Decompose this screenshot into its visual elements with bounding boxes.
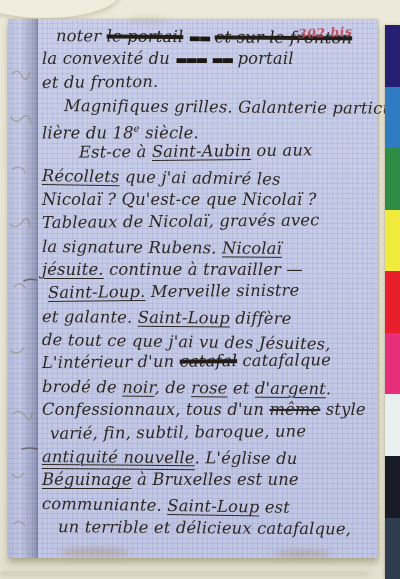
underlined-word: antiquité nouvelle (42, 447, 195, 470)
handwriting-segment: la signature Rubens. (42, 237, 222, 257)
handwriting-segment: et du fronton. (42, 72, 159, 92)
handwriting-line: antiquité nouvelle. L'église du (42, 445, 376, 471)
handwriting-segment: , de (155, 378, 192, 397)
handwriting-segment: Nicolaï ? Qu'est-ce que Nicolaï ? (42, 190, 317, 209)
underlined-word: noir (122, 377, 154, 396)
handwriting-line: et du fronton. (42, 68, 376, 95)
color-calibration-bar (385, 25, 400, 579)
handwriting-line: Est-ce à Saint-Aubin ou aux (42, 138, 376, 165)
underlined-word: Saint-Loup (167, 496, 259, 516)
handwriting-segment: Est-ce à (79, 142, 152, 162)
handwriting-segment: lière du 18 (42, 123, 134, 142)
handwriting-segment: Magnifiques grilles. Galanterie particu- (64, 96, 399, 118)
paper-stain (60, 548, 130, 556)
handwriting-line: un terrible et délicieux catafalque, (42, 515, 376, 541)
paper-stain (274, 550, 330, 557)
handwriting-segment: diffère (230, 308, 292, 327)
handwriting-line: Saint-Loup. Merveille sinistre (42, 278, 376, 305)
underlined-word: Récollets (42, 166, 120, 186)
paper-stain (128, 17, 168, 23)
handwriting-segment: communiante. (42, 494, 168, 515)
color-patch-red (385, 271, 400, 333)
manuscript-page: noter le portail ▬▬ et sur le frontonla … (8, 19, 378, 558)
handwriting-line: Confessionnaux, tous d'un même style (42, 398, 376, 421)
handwriting-line: et galante. Saint-Loup diffère (42, 305, 376, 331)
underlined-word: Saint-Loup. (48, 282, 146, 302)
folio-number: 302 bis (297, 24, 352, 42)
handwriting-segment: . (326, 379, 332, 398)
handwriting-segment: la convexité du (42, 49, 175, 68)
color-patch-magenta (385, 333, 400, 395)
handwriting-segment: Tableaux de Nicolaï, gravés avec (42, 210, 320, 232)
handwriting-segment: varié, fin, subtil, baroque, une (50, 421, 306, 442)
underlined-word: Béguinage (42, 470, 132, 489)
handwriting-line: varié, fin, subtil, baroque, une (42, 418, 376, 445)
crossed-out-word: ▬▬▬ (175, 53, 206, 68)
album-corner (0, 0, 120, 18)
marginal-scribbles (8, 19, 38, 557)
handwriting-segment: style (320, 400, 365, 419)
handwriting-segment: un terrible et délicieux catafalque, (58, 517, 351, 538)
page-shadow (0, 572, 370, 575)
handwriting-segment: portail (232, 49, 293, 68)
handwriting-line: Béguinage à Bruxelles est une (42, 468, 376, 491)
handwriting-segment: . L'église du (195, 448, 298, 468)
crossed-out-word: le portail (107, 27, 184, 47)
color-patch-dark-slate (385, 518, 400, 579)
handwriting-segment: ou aux (251, 140, 313, 160)
handwriting-segment: à Bruxelles est une (132, 470, 299, 489)
handwriting-line: Tableaux de Nicolaï, gravés avec (42, 208, 376, 235)
color-patch-indigo (385, 25, 400, 87)
handwriting-segment: brodé de (42, 377, 122, 397)
handwriting-segment: et (227, 378, 254, 397)
handwriting-segment: Merveille sinistre (145, 281, 299, 301)
handwriting-line: la signature Rubens. Nicolaï (42, 235, 376, 261)
color-patch-white (385, 394, 400, 456)
underlined-word: d'argent (255, 379, 326, 399)
handwriting-line: L'intérieur d'un catafal catafalque (42, 348, 376, 375)
page-gutter (8, 19, 38, 558)
handwriting-segment: catafalque (237, 351, 331, 371)
underlined-word: Nicolaï (222, 238, 282, 257)
color-patch-blue (385, 87, 400, 149)
color-patch-yellow (385, 210, 400, 272)
handwriting-line: Magnifiques grilles. Galanterie particu- (42, 94, 376, 120)
color-patch-black (385, 456, 400, 518)
handwriting-line: brodé de noir, de rose et d'argent. (42, 375, 376, 401)
handwriting-segment: Confessionnaux, tous d'un (42, 400, 269, 419)
underlined-word: Saint-Loup (138, 307, 230, 327)
underlined-word: Saint-Aubin (152, 141, 251, 161)
manuscript-text: noter le portail ▬▬ et sur le frontonla … (42, 24, 376, 539)
handwriting-segment: continue à travailler — (104, 260, 303, 279)
handwriting-segment: et galante. (42, 307, 138, 327)
handwriting-segment: que j'ai admiré les (119, 168, 280, 190)
crossed-out-word: ▬▬ (189, 31, 210, 46)
photograph-background: noter le portail ▬▬ et sur le frontonla … (0, 0, 400, 579)
handwriting-segment: L'intérieur d'un (42, 352, 180, 372)
underlined-word: rose (191, 378, 228, 397)
color-patch-green (385, 148, 400, 210)
handwriting-segment: noter (56, 26, 107, 45)
handwriting-segment: est (259, 497, 290, 516)
crossed-out-word: ▬▬ (212, 53, 233, 68)
crossed-out-word: même (269, 400, 320, 419)
crossed-out-word: catafal (180, 352, 238, 372)
underlined-word: jésuite. (42, 260, 104, 279)
